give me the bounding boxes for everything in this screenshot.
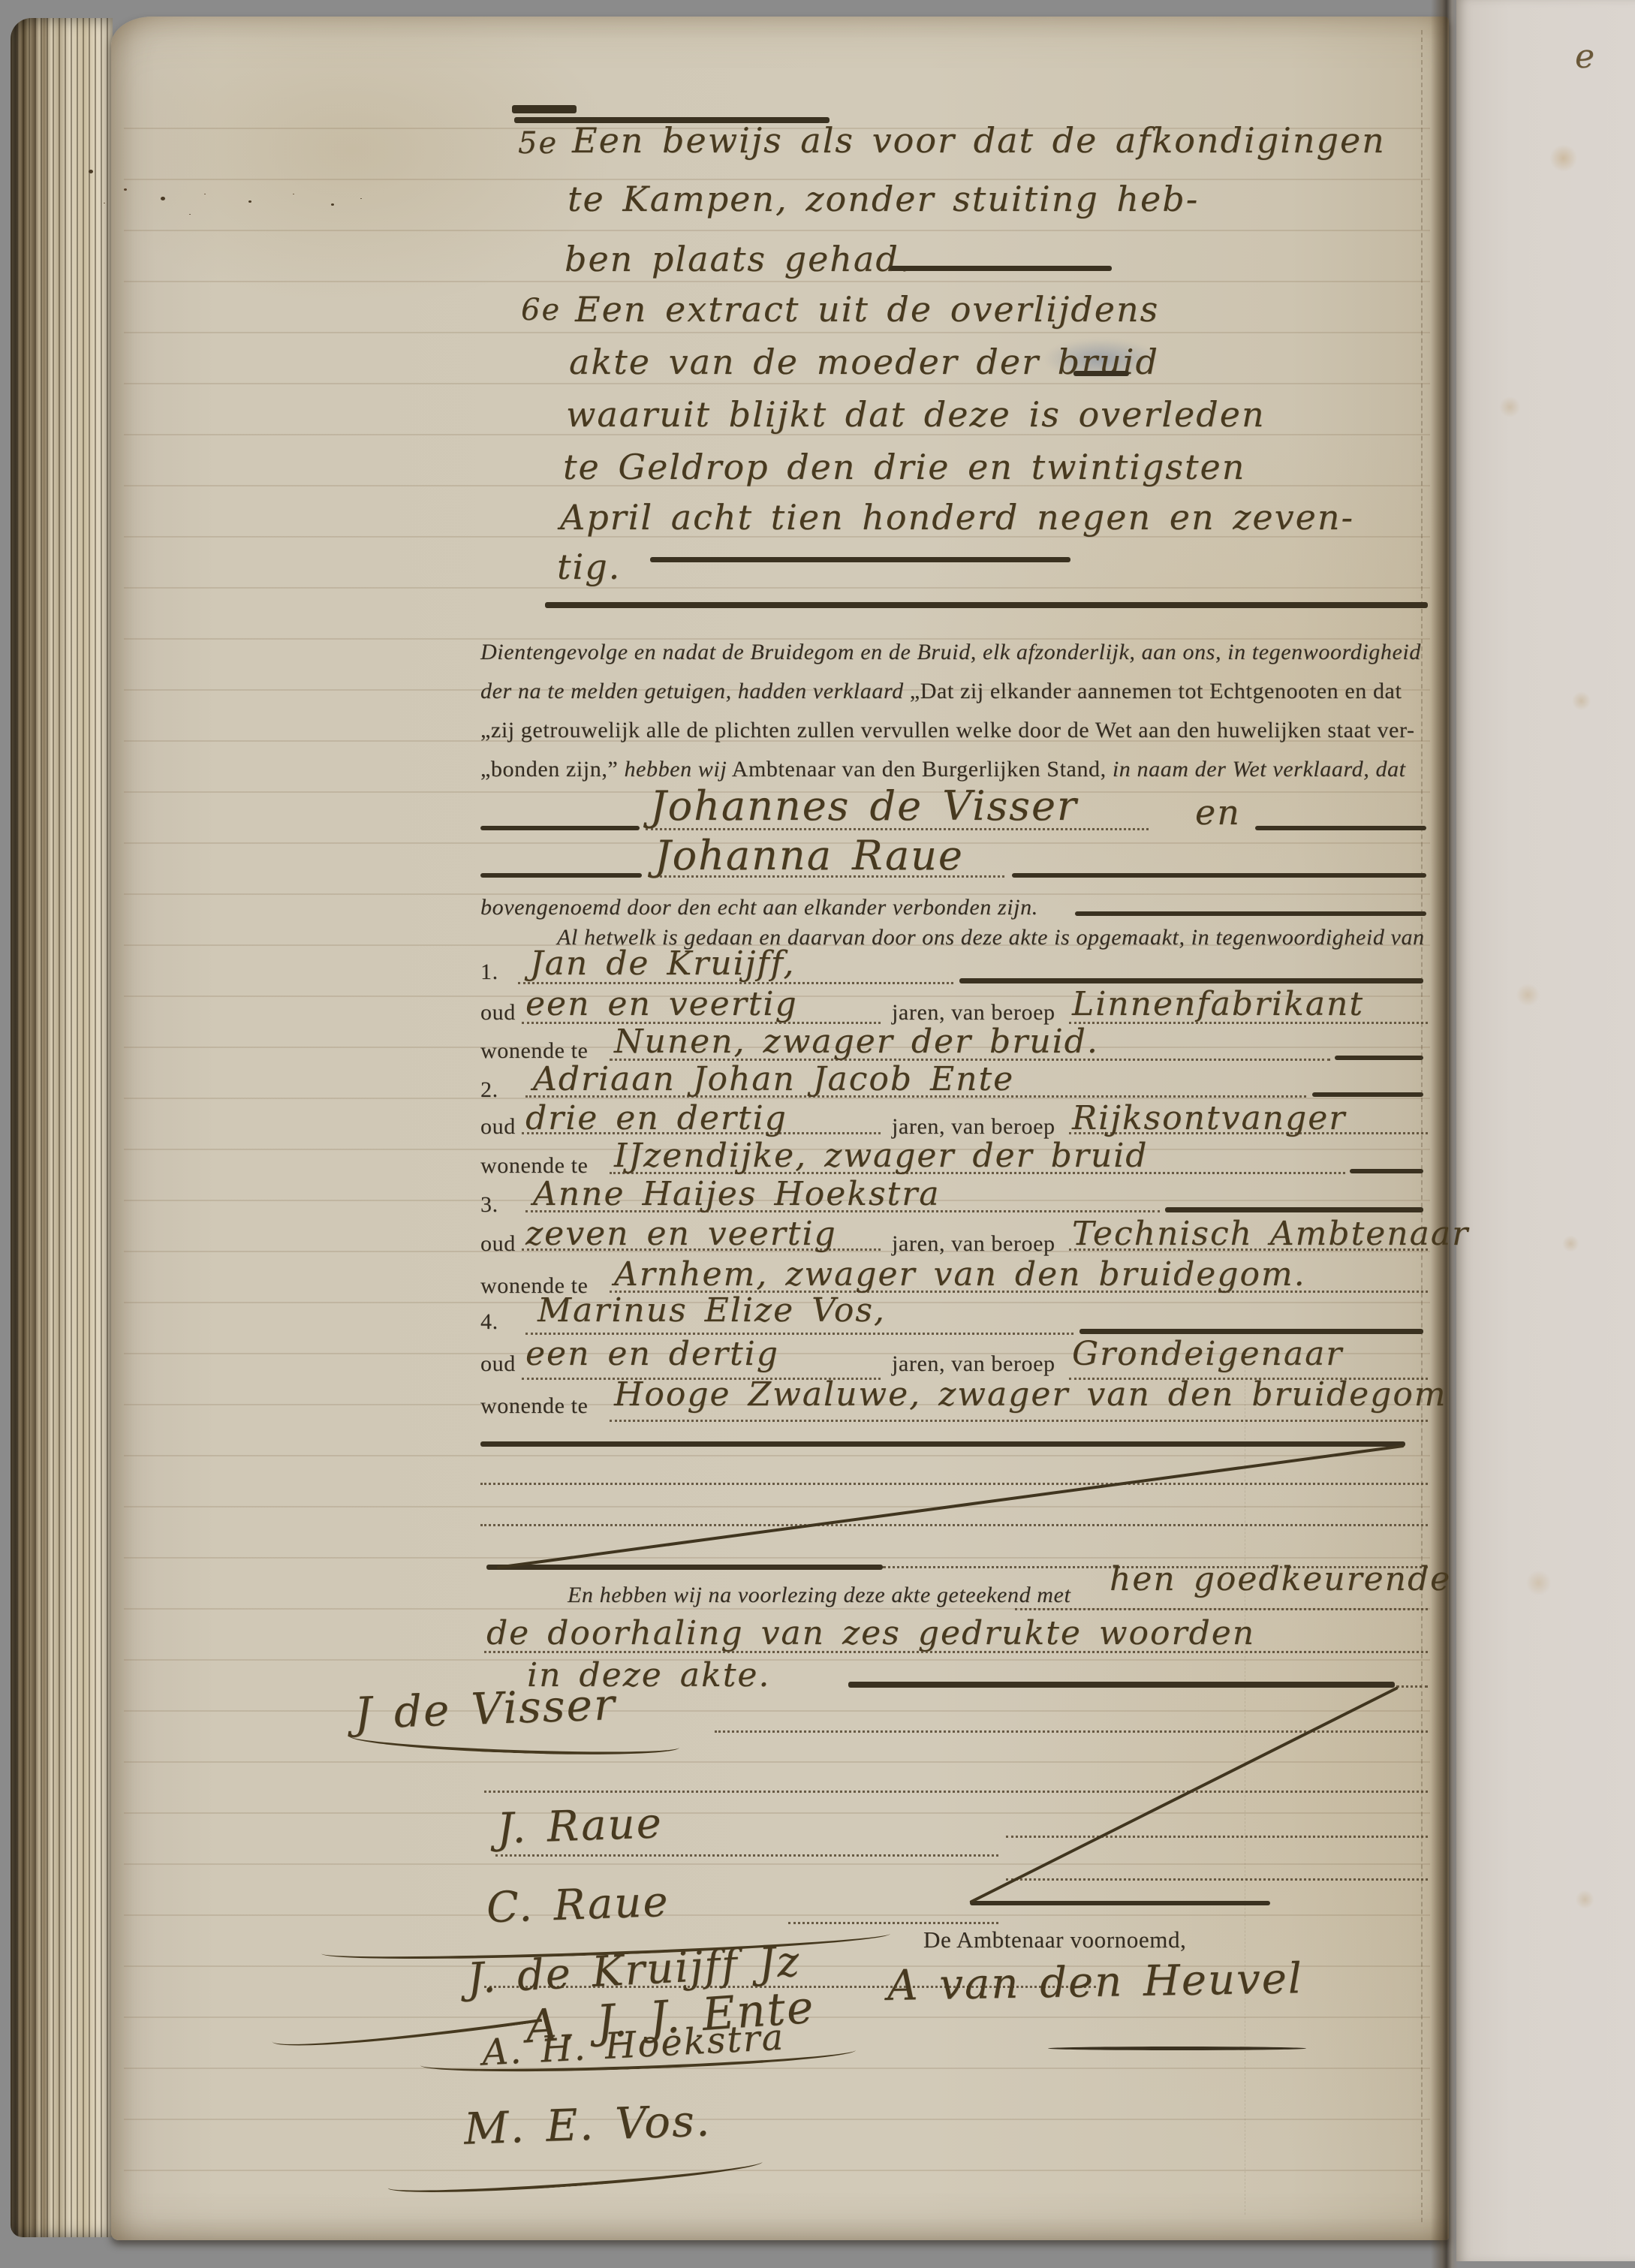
dotted-line [1069, 1132, 1428, 1134]
witness-1-occupation: Linnenfabrikant [1072, 985, 1364, 1023]
signature-bride-father: J. Raue [496, 1799, 664, 1854]
witness-4-age: een en dertig [525, 1335, 779, 1373]
witness-3-number: 3. [480, 1192, 498, 1218]
annex-6-number: 6e [521, 293, 561, 327]
declaration-line-1: Dientengevolge en nadat de Bruidegom en … [480, 640, 1421, 665]
annex-6-line-2: akte van de moeder der bruid [569, 342, 1159, 382]
signature-bride-mother: C. Raue [486, 1878, 670, 1932]
fill-rule [848, 1682, 1395, 1688]
annex-5-line-1: Een bewijs als voor dat de afkondigingen [572, 120, 1386, 161]
declaration-line-2a: der na te melden getuigen, hadden verkla… [480, 679, 904, 703]
witness-4-number: 4. [480, 1309, 498, 1335]
annex-6-line-4: te Geldrop den drie en twintigsten [563, 447, 1245, 487]
witness-4-occupation: Grondeigenaar [1072, 1335, 1343, 1373]
dotted-line [610, 1172, 1345, 1174]
witness-2-name: Adriaan Johan Jacob Ente [533, 1060, 1014, 1098]
fill-rule [1079, 1329, 1423, 1334]
fill-rule [1165, 1207, 1423, 1212]
declaration-line-4c: Ambtenaar van den Burgerlijken Stand, [732, 757, 1107, 782]
declaration-line-4: „bonden zijn,” hebben wij Ambtenaar van … [480, 757, 1406, 782]
declaration-line-4a: „bonden zijn,” [480, 757, 618, 782]
next-page-edge [1456, 0, 1635, 2261]
dotted-line [1006, 1836, 1428, 1838]
fill-rule [1075, 911, 1426, 916]
witness-2-age-label: oud [480, 1114, 516, 1140]
book-binding-page-edges [11, 18, 113, 2237]
witness-4-occupation-label: jaren, van beroep [892, 1351, 1055, 1377]
declaration-line-4b: hebben wij [624, 757, 727, 782]
dotted-line [1015, 1608, 1428, 1610]
declaration-line-4d: in naam der Wet verklaard, dat [1113, 757, 1406, 782]
dotted-line [715, 1730, 1428, 1733]
witness-1-occupation-label: jaren, van beroep [892, 1000, 1055, 1026]
dotted-line [525, 1210, 1160, 1212]
fill-rule [480, 826, 640, 830]
fill-rule [1350, 1169, 1423, 1173]
void-bottom-rule [486, 1565, 883, 1570]
annex-6-line-5: April acht tien honderd negen en zeven- [560, 497, 1354, 538]
dotted-line [522, 1248, 881, 1251]
witness-1-residence: Nunen, zwager der bruid. [614, 1023, 1099, 1061]
closing-printed: En hebben wij na voorlezing deze akte ge… [568, 1583, 1070, 1608]
dotted-line [522, 1132, 881, 1134]
page-fold-shadow [1431, 0, 1458, 2268]
ink-spatter [89, 170, 93, 173]
dotted-line [1396, 1685, 1428, 1688]
dotted-line [518, 982, 953, 984]
annex-5-line-3: ben plaats gehad. [565, 239, 911, 279]
marginalia-top-right: e [1575, 38, 1596, 76]
fill-rule [650, 557, 1070, 562]
dotted-line [480, 1483, 1428, 1485]
fill-rule [1312, 1092, 1423, 1097]
dotted-line [650, 875, 1004, 878]
registrar-underline [1048, 2047, 1306, 2050]
witness-3-occupation-label: jaren, van beroep [892, 1231, 1055, 1257]
fill-rule [1255, 826, 1426, 830]
closing-handwritten-1: hen goedkeurende [1110, 1560, 1451, 1598]
page-crease-faint [1245, 1351, 1245, 2215]
signature-witness-4: M. E. Vos. [463, 2095, 712, 2154]
dotted-line [1069, 1022, 1428, 1024]
witness-3-occupation: Technisch Ambtenaar [1072, 1215, 1469, 1253]
declaration-line-2b: „Dat zij elkander aannemen tot Echtgenoo… [910, 679, 1402, 703]
dotted-line [525, 1095, 1306, 1098]
dotted-line [1006, 1878, 1428, 1881]
fill-rule [1012, 873, 1426, 878]
witness-4-residence: Hooge Zwaluwe, zwager van den bruidegom [614, 1375, 1447, 1414]
conjunction-en: en [1195, 792, 1241, 833]
scanned-marriage-register-photo: e 5e Een bewijs als voor dat de afkondig… [0, 0, 1635, 2268]
dotted-line [1069, 1248, 1428, 1251]
dotted-line [484, 1651, 1428, 1653]
page-crease-right [1421, 30, 1423, 2222]
void-top-rule [480, 1441, 1405, 1447]
registrar-label: De Ambtenaar voornoemd, [923, 1926, 1186, 1953]
witness-4-age-label: oud [480, 1351, 516, 1377]
fill-rule [959, 978, 1423, 983]
void-base-rule [970, 1901, 1270, 1905]
bride-name: Johanna Raue [655, 832, 964, 879]
fill-dash [1073, 371, 1129, 376]
witness-2-residence: IJzendijke, zwager der bruid [614, 1137, 1148, 1175]
witness-3-age-label: oud [480, 1231, 516, 1257]
annex-5-line-2: te Kampen, zonder stuiting heb- [568, 179, 1199, 219]
witness-4-name: Marinus Elize Vos, [537, 1291, 886, 1330]
signature-registrar: A van den Heuvel [887, 1954, 1303, 2010]
annex-6-line-6: tig. [557, 547, 621, 587]
witness-3-name: Anne Haijes Hoekstra [533, 1175, 941, 1213]
fill-rule [890, 266, 1112, 271]
annex-6-line-3: waaruit blijkt dat deze is overleden [566, 394, 1266, 435]
dotted-line [610, 1420, 1428, 1422]
witness-2-occupation-label: jaren, van beroep [892, 1114, 1055, 1140]
fill-rule [1335, 1056, 1423, 1060]
witness-1-number: 1. [480, 959, 498, 985]
witness-2-number: 2. [480, 1077, 498, 1103]
dotted-line [480, 1524, 1428, 1526]
annex-5-number: 5e [518, 126, 558, 161]
heavy-bar-short [512, 105, 577, 113]
dotted-line [646, 828, 1149, 830]
declaration-line-3: „zij getrouwelijk alle de plichten zulle… [480, 718, 1415, 743]
groom-name: Johannes de Visser [650, 782, 1078, 830]
section-divider-rule [545, 602, 1428, 608]
dotted-line [484, 1791, 1428, 1793]
closing-handwritten-2: de doorhaling van zes gedrukte woorden [486, 1614, 1255, 1652]
dotted-line [495, 1854, 998, 1857]
witness-1-age: een en veertig [525, 985, 798, 1023]
bound-statement: bovengenoemd door den echt aan elkander … [480, 895, 1038, 920]
witness-3-age: zeven en veertig [525, 1215, 837, 1253]
declaration-line-2: der na te melden getuigen, hadden verkla… [480, 679, 1402, 704]
witness-4-residence-label: wonende te [480, 1393, 588, 1419]
witness-3-residence: Arnhem, zwager van den bruidegom. [614, 1255, 1306, 1294]
witness-1-age-label: oud [480, 1000, 516, 1026]
annex-6-line-1: Een extract uit de overlijdens [575, 289, 1159, 330]
fill-rule [480, 873, 642, 878]
witness-1-name: Jan de Kruijff, [530, 944, 795, 983]
